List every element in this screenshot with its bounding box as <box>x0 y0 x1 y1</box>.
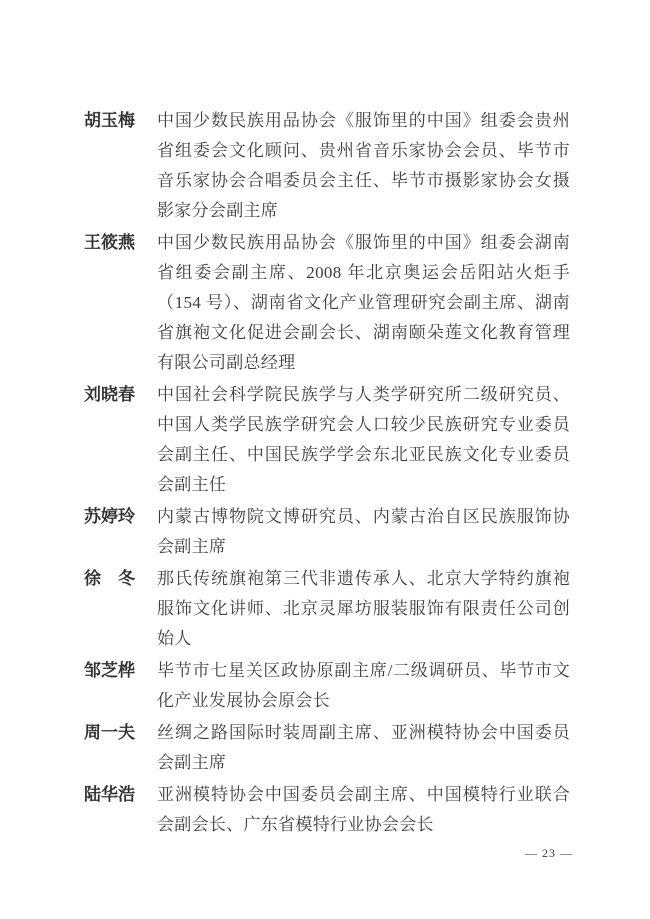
person-name: 刘晓春 <box>84 380 157 410</box>
person-titles: 中国少数民族用品协会《服饰里的中国》组委会贵州省组委会文化顾问、贵州省音乐家协会… <box>157 106 570 226</box>
person-titles: 中国社会科学院民族学与人类学研究所二级研究员、中国人类学民族学研究会人口较少民族… <box>157 380 570 500</box>
roster-entry: 苏婷玲 内蒙古博物院文博研究员、内蒙古治自区民族服饰协会副主席 <box>84 502 570 562</box>
roster-entry: 胡玉梅 中国少数民族用品协会《服饰里的中国》组委会贵州省组委会文化顾问、贵州省音… <box>84 106 570 226</box>
person-titles: 那氏传统旗袍第三代非遗传承人、北京大学特约旗袍服饰文化讲师、北京灵犀坊服装服饰有… <box>157 564 570 654</box>
person-name: 苏婷玲 <box>84 502 157 532</box>
person-name: 徐 冬 <box>84 564 157 594</box>
person-titles: 亚洲模特协会中国委员会副主席、中国模特行业联合会副会长、广东省模特行业协会会长 <box>157 780 570 840</box>
person-name: 邹芝桦 <box>84 656 157 686</box>
person-titles: 毕节市七星关区政协原副主席/二级调研员、毕节市文化产业发展协会原会长 <box>157 656 570 716</box>
roster-entry: 徐 冬 那氏传统旗袍第三代非遗传承人、北京大学特约旗袍服饰文化讲师、北京灵犀坊服… <box>84 564 570 654</box>
roster-entry: 周一夫 丝绸之路国际时装周副主席、亚洲模特协会中国委员会副主席 <box>84 718 570 778</box>
person-name: 周一夫 <box>84 718 157 748</box>
roster-entry: 王筱燕 中国少数民族用品协会《服饰里的中国》组委会湖南省组委会副主席、2008 … <box>84 228 570 378</box>
roster-entry: 刘晓春 中国社会科学院民族学与人类学研究所二级研究员、中国人类学民族学研究会人口… <box>84 380 570 500</box>
roster-entry: 邹芝桦 毕节市七星关区政协原副主席/二级调研员、毕节市文化产业发展协会原会长 <box>84 656 570 716</box>
document-page: 胡玉梅 中国少数民族用品协会《服饰里的中国》组委会贵州省组委会文化顾问、贵州省音… <box>0 0 650 919</box>
person-titles: 中国少数民族用品协会《服饰里的中国》组委会湖南省组委会副主席、2008 年北京奥… <box>157 228 570 378</box>
person-name: 陆华浩 <box>84 780 157 810</box>
person-titles: 内蒙古博物院文博研究员、内蒙古治自区民族服饰协会副主席 <box>157 502 570 562</box>
roster-entry: 陆华浩 亚洲模特协会中国委员会副主席、中国模特行业联合会副会长、广东省模特行业协… <box>84 780 570 840</box>
page-number: — 23 — <box>525 845 573 861</box>
committee-roster-list: 胡玉梅 中国少数民族用品协会《服饰里的中国》组委会贵州省组委会文化顾问、贵州省音… <box>84 106 570 842</box>
person-titles: 丝绸之路国际时装周副主席、亚洲模特协会中国委员会副主席 <box>157 718 570 778</box>
person-name: 王筱燕 <box>84 228 157 258</box>
person-name: 胡玉梅 <box>84 106 157 136</box>
